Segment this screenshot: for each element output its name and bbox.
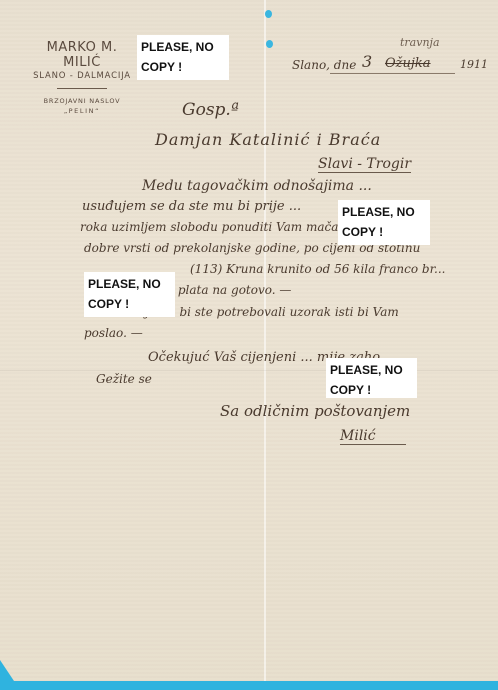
ink-spot xyxy=(266,40,273,48)
letterhead-place: SLANO - DALMACIJA xyxy=(26,71,138,81)
ink-spot xyxy=(265,10,272,18)
date-day: 3 xyxy=(362,52,372,71)
telegraph-label: BRZOJAVNI NASLOV xyxy=(26,97,138,105)
watermark-line-1: PLEASE, NO xyxy=(88,274,171,294)
date-place: Slano, dne xyxy=(292,58,356,72)
watermark-line-2: COPY ! xyxy=(342,222,426,242)
watermark-line-1: PLEASE, NO xyxy=(342,202,426,222)
body-line: Medu tagovačkim odnošajima ... xyxy=(142,178,372,194)
body-line: usuđujem se da ste mu bi prije ... xyxy=(82,199,301,214)
telegraph-address: „PELIN“ xyxy=(26,107,138,115)
watermark-stamp: PLEASE, NO COPY ! xyxy=(338,200,430,245)
letterhead: MARKO M. MILIĆ SLANO - DALMACIJA BRZOJAV… xyxy=(26,40,138,115)
body-line: (113) Kruna krunito od 56 kila franco br… xyxy=(190,262,445,276)
watermark-line-2: COPY ! xyxy=(141,57,225,77)
watermark-stamp: PLEASE, NO COPY ! xyxy=(326,358,417,398)
date-year: 1911 xyxy=(460,58,488,71)
watermark-line-1: PLEASE, NO xyxy=(141,37,225,57)
body-line: Gežite se xyxy=(96,372,152,386)
watermark-line-1: PLEASE, NO xyxy=(330,360,413,380)
addressee-location: Slavi - Trogir xyxy=(318,156,411,173)
addressee-name: Damjan Katalinić i Braća xyxy=(155,130,381,149)
signature: Milić xyxy=(340,428,406,445)
torn-corner xyxy=(0,660,20,690)
letter-paper: MARKO M. MILIĆ SLANO - DALMACIJA BRZOJAV… xyxy=(0,0,498,681)
closing: Sa odličnim poštovanjem xyxy=(220,402,410,420)
body-line: poslao. — xyxy=(84,326,143,340)
date-month-correction: travnja xyxy=(400,36,440,49)
paper-fold-horizontal xyxy=(0,370,498,371)
letterhead-name: MARKO M. MILIĆ xyxy=(26,40,138,70)
letterhead-divider xyxy=(57,88,107,89)
watermark-stamp: PLEASE, NO COPY ! xyxy=(137,35,229,80)
paper-fold-vertical xyxy=(264,0,266,681)
salutation: Gosp.ª xyxy=(182,100,239,120)
date-month-struck: Ožujka xyxy=(385,56,431,71)
date-underline xyxy=(330,73,455,74)
watermark-line-2: COPY ! xyxy=(88,294,171,314)
watermark-stamp: PLEASE, NO COPY ! xyxy=(84,272,175,317)
watermark-line-2: COPY ! xyxy=(330,380,413,400)
